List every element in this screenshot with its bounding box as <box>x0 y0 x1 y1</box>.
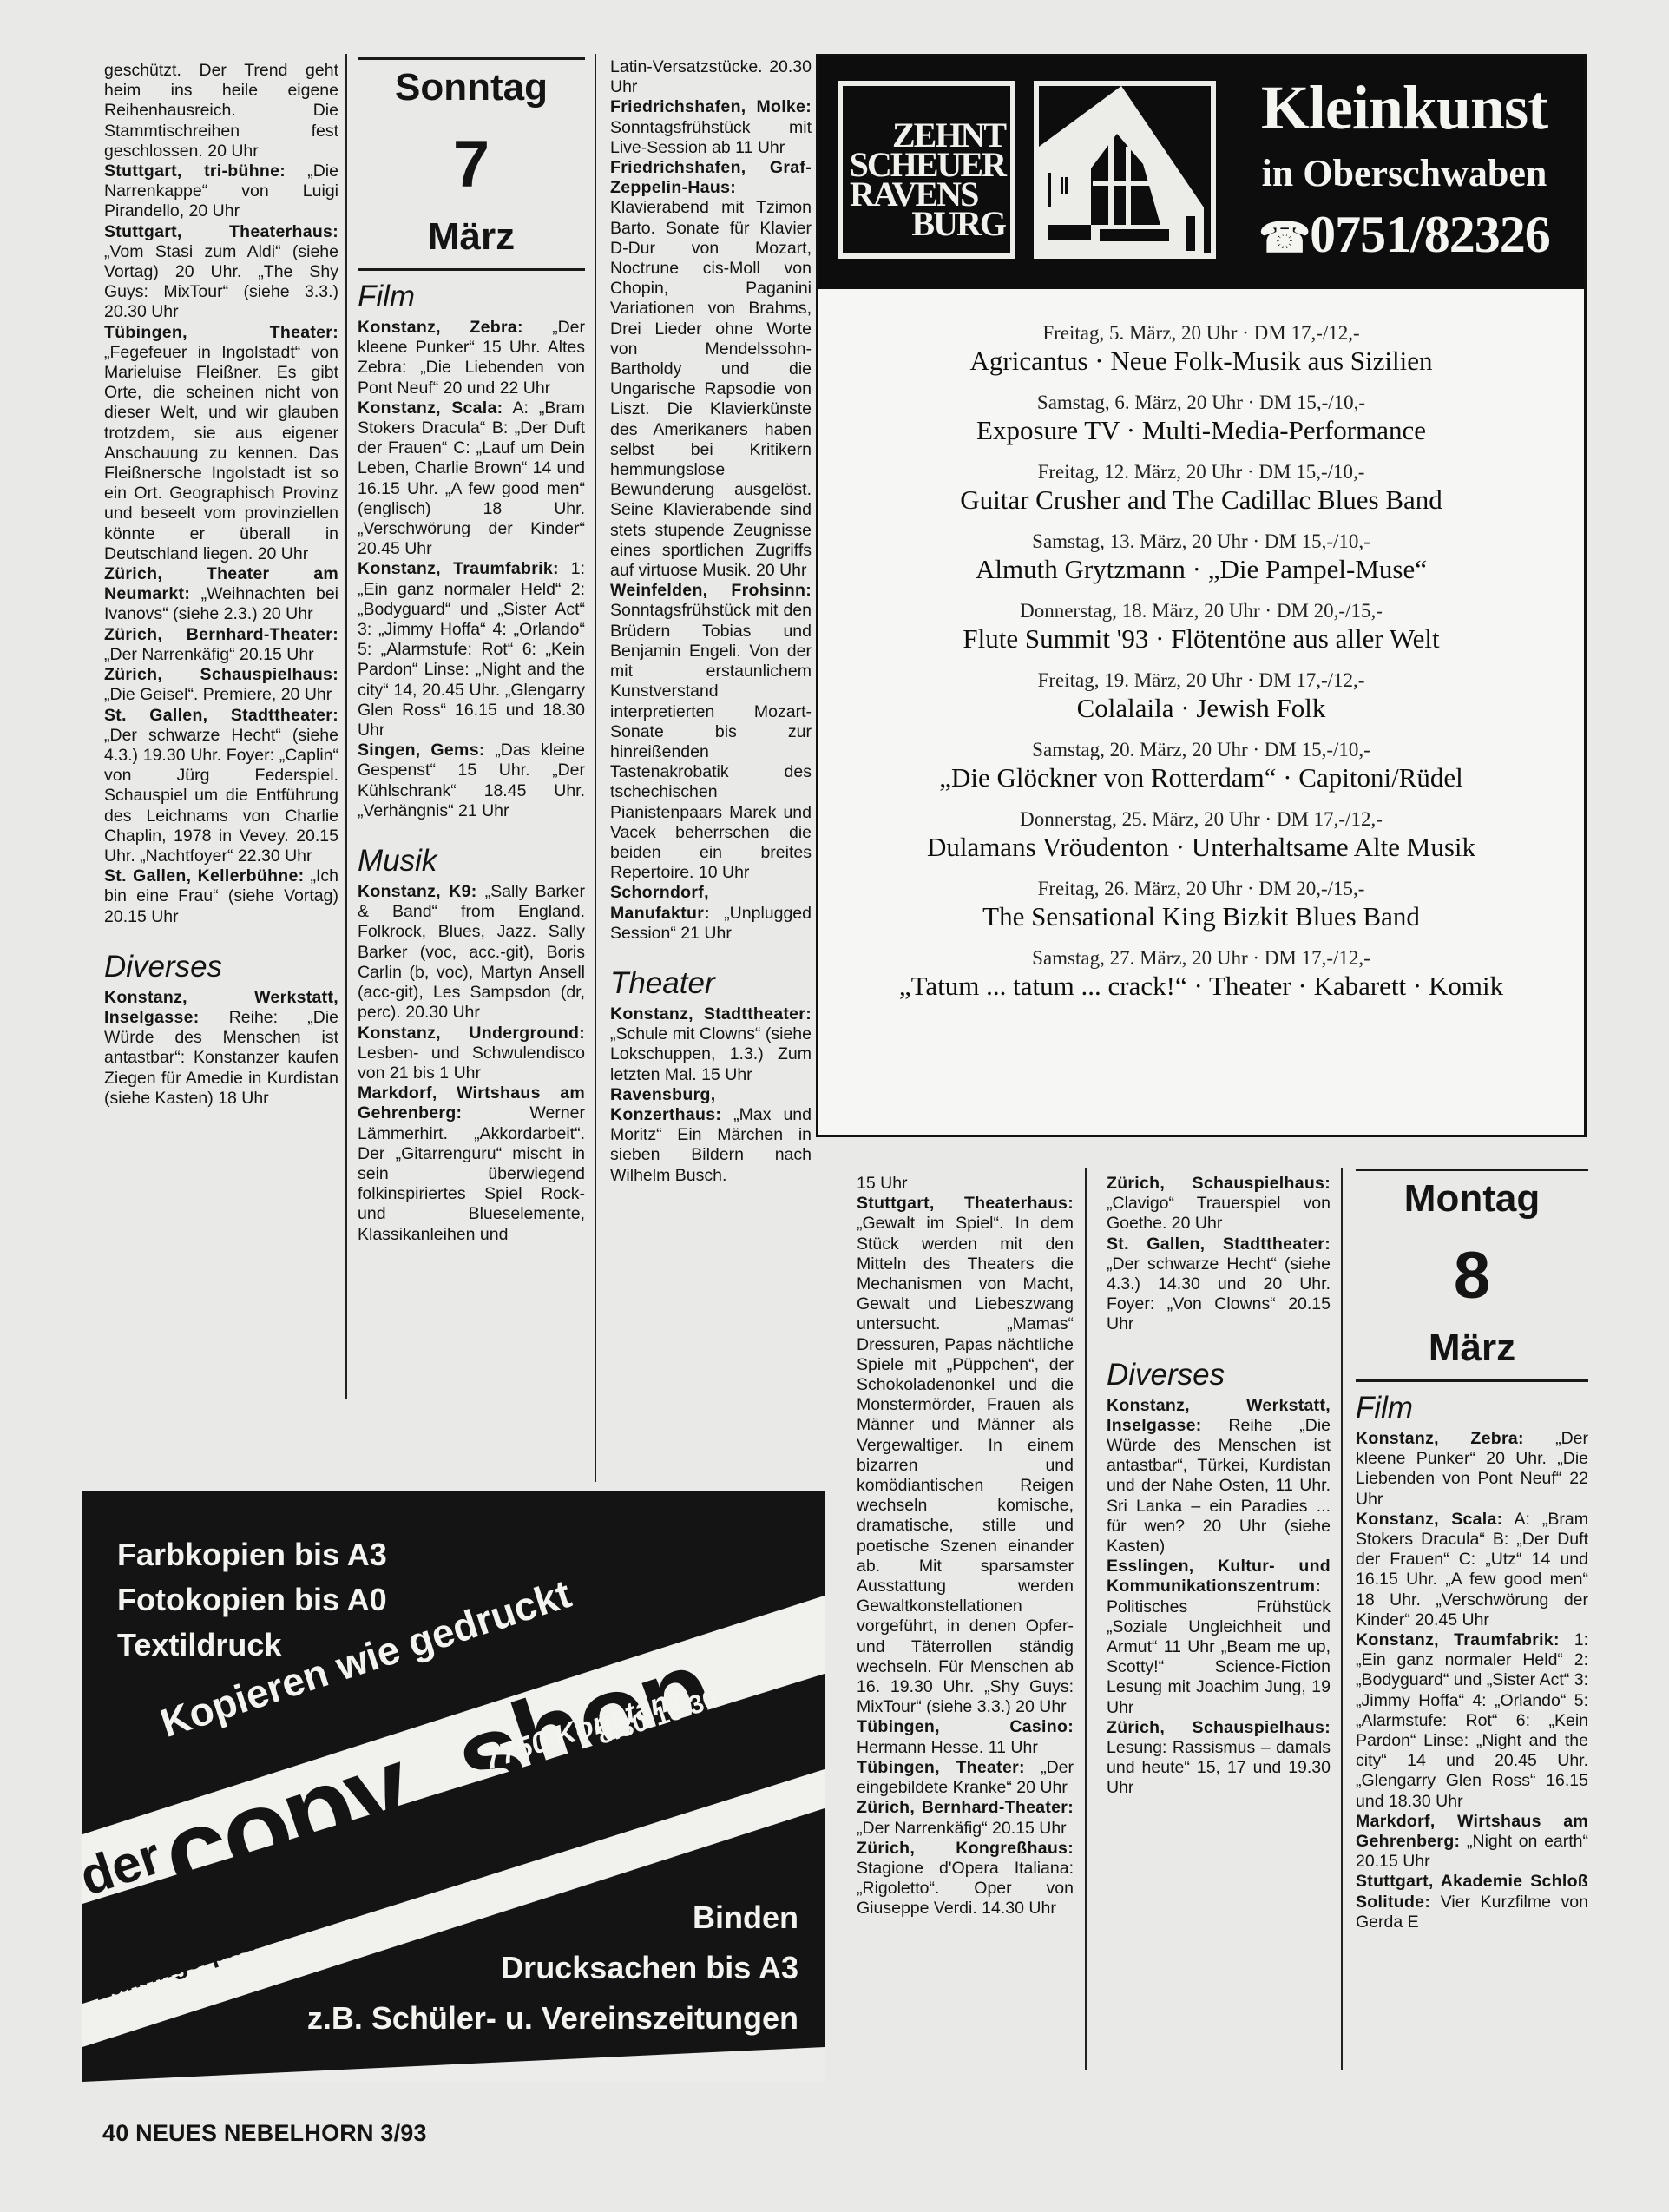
listing-entry: St. Gallen, Kellerbühne: „Ich bin eine F… <box>104 866 338 927</box>
event-description: „Vom Stasi zum Aldi“ (siehe Vortag) 20 U… <box>104 242 338 322</box>
event-description: Stagione d'Opera Italiana: „Rigoletto“. … <box>857 1859 1074 1918</box>
venue-name: Zürich, Kongreßhaus: <box>857 1839 1074 1858</box>
venue-name: Konstanz, K9: <box>358 882 477 901</box>
service-line: Farbkopien bis A3 <box>117 1537 387 1573</box>
month-name: März <box>1356 1324 1588 1373</box>
barn-illustration-icon <box>1034 81 1216 259</box>
day-number: 7 <box>358 117 585 213</box>
service-line: Fotokopien bis A0 <box>117 1582 387 1618</box>
ad-phone: ☎0751/82326 <box>1235 204 1574 269</box>
zehntscheuer-logo: ZEHNT SCHEUER RAVENS BURG <box>838 81 1015 259</box>
listing-column-monday: Montag 8 März Film Konstanz, Zebra: „Der… <box>1356 1169 1588 1932</box>
ad-event: Donnerstag, 25. März, 20 Uhr · DM 17,-/1… <box>818 807 1584 863</box>
listing-entry: Tübingen, Theater: „Der eingebildete Kra… <box>857 1758 1074 1798</box>
event-description: 1: „Ein ganz normaler Held“ 2: „Bodyguar… <box>1356 1630 1588 1811</box>
listing-entry: Zürich, Bernhard-Theater: „Der Narrenkäf… <box>857 1798 1074 1838</box>
venue-name: Stuttgart, tri-bühne: <box>104 161 286 181</box>
listing-entry: Konstanz, Stadttheater: „Schule mit Clow… <box>610 1004 812 1085</box>
listing-entry: Friedrichshafen, Molke: Sonntagsfrühstüc… <box>610 97 812 158</box>
kleinkunst-advertisement: ZEHNT SCHEUER RAVENS BURG Kleinkun <box>816 54 1587 1137</box>
copyshop-advertisement: Farbkopien bis A3 Fotokopien bis A0 Text… <box>82 1491 825 2082</box>
event-description: 15 Uhr <box>857 1174 908 1193</box>
event-date: Freitag, 26. März, 20 Uhr · DM 20,-/15,- <box>818 877 1584 901</box>
event-description: „Gewalt im Spiel“. In dem Stück werden m… <box>857 1214 1074 1716</box>
event-title: Exposure TV · Multi-Media-Performance <box>818 415 1584 446</box>
event-description: „Schule mit Clowns“ (siehe Lokschuppen, … <box>610 1024 812 1083</box>
listing-column-4: 15 UhrStuttgart, Theaterhaus: „Gewalt im… <box>857 1174 1074 1919</box>
listing-entry: Friedrichshafen, Graf-Zeppelin-Haus: Kla… <box>610 158 812 581</box>
column-divider <box>1085 1168 1087 2070</box>
venue-name: Schorndorf, Manufaktur: <box>610 883 710 922</box>
listing-entry: Markdorf, Wirtshaus am Gehrenberg: „Nigh… <box>1356 1812 1588 1873</box>
service-line: Textildruck <box>117 1627 281 1663</box>
venue-name: Konstanz, Zebra: <box>1356 1429 1524 1448</box>
venue-name: Zürich, Schauspielhaus: <box>1107 1718 1331 1737</box>
venue-name: Singen, Gems: <box>358 741 485 760</box>
venue-name: Tübingen, Theater: <box>104 323 338 342</box>
ad-subtitle: in Oberschwaben <box>1235 143 1574 204</box>
ad-event: Freitag, 19. März, 20 Uhr · DM 17,-/12,-… <box>818 668 1584 724</box>
event-date: Donnerstag, 18. März, 20 Uhr · DM 20,-/1… <box>818 599 1584 623</box>
venue-name: Zürich, Bernhard-Theater: <box>104 625 338 644</box>
event-description: Politisches Frühstück „Soziale Ungleichh… <box>1107 1597 1331 1717</box>
venue-name: Ravensburg, Konzerthaus: <box>610 1085 721 1124</box>
ad-event: Samstag, 27. März, 20 Uhr · DM 17,-/12,-… <box>818 946 1584 1002</box>
event-date: Freitag, 12. März, 20 Uhr · DM 15,-/10,- <box>818 460 1584 484</box>
section-heading-diverses: Diverses <box>104 950 338 984</box>
day-number: 8 <box>1356 1228 1588 1324</box>
venue-name: Friedrichshafen, Graf-Zeppelin-Haus: <box>610 158 812 197</box>
event-title: Agricantus · Neue Folk-Musik aus Sizilie… <box>818 346 1584 377</box>
venue-name: Konstanz, Scala: <box>1356 1510 1502 1529</box>
listing-entry: Zürich, Kongreßhaus: Stagione d'Opera It… <box>857 1839 1074 1919</box>
venue-name: Konstanz, Zebra: <box>358 318 523 337</box>
listing-entry: Zürich, Schauspielhaus: „Clavigo“ Trauer… <box>1107 1174 1331 1234</box>
section-heading-film: Film <box>358 280 585 314</box>
service-line: Drucksachen bis A3 <box>501 1950 798 1986</box>
event-list: 15 UhrStuttgart, Theaterhaus: „Gewalt im… <box>857 1174 1074 1919</box>
listing-column-1: geschützt. Der Trend geht heim ins heile… <box>104 61 338 1109</box>
event-list-film: Konstanz, Zebra: „Der kleene Punker“ 20 … <box>1356 1429 1588 1932</box>
event-description: Sonntagsfrühstück mit den Brüdern Tobias… <box>610 601 812 882</box>
ad-event: Freitag, 26. März, 20 Uhr · DM 20,-/15,-… <box>818 877 1584 932</box>
event-description: „Clavigo“ Trauerspiel von Goethe. 20 Uhr <box>1107 1194 1331 1233</box>
listing-entry: Schorndorf, Manufaktur: „Unplugged Sessi… <box>610 883 812 944</box>
service-line: Binden <box>693 1899 798 1936</box>
event-list: Latin-Versatzstücke. 20.30 UhrFriedrichs… <box>610 57 812 944</box>
listing-entry: Latin-Versatzstücke. 20.30 Uhr <box>610 57 812 97</box>
listing-entry: Stuttgart, Theaterhaus: „Gewalt im Spiel… <box>857 1194 1074 1717</box>
service-line: z.B. Schüler- u. Vereinszeitungen <box>307 2000 798 2037</box>
venue-name: Tübingen, Theater: <box>857 1758 1025 1777</box>
listing-entry: geschützt. Der Trend geht heim ins heile… <box>104 61 338 161</box>
day-header-sunday: Sonntag 7 März <box>358 57 585 271</box>
event-title: Dulamans Vröudenton · Unterhaltsame Alte… <box>818 832 1584 863</box>
event-title: Colalaila · Jewish Folk <box>818 693 1584 724</box>
listing-entry: Konstanz, Zebra: „Der kleene Punker“ 20 … <box>1356 1429 1588 1510</box>
listing-entry: Markdorf, Wirtshaus am Gehrenberg: Werne… <box>358 1083 585 1245</box>
event-description: Lesben- und Schwulendisco von 21 bis 1 U… <box>358 1043 585 1083</box>
listing-entry: Konstanz, Traumfabrik: 1: „Ein ganz norm… <box>1356 1630 1588 1812</box>
venue-name: Konstanz, Scala: <box>358 398 503 418</box>
section-heading-film: Film <box>1356 1391 1588 1425</box>
event-title: „Die Glöckner von Rotterdam“ · Capitoni/… <box>818 762 1584 793</box>
venue-name: Stuttgart, Theaterhaus: <box>104 222 338 241</box>
ad-event: Samstag, 13. März, 20 Uhr · DM 15,-/10,-… <box>818 530 1584 585</box>
listing-entry: Zürich, Theater am Neumarkt: „Weihnachte… <box>104 564 338 625</box>
listing-column-5: Zürich, Schauspielhaus: „Clavigo“ Trauer… <box>1107 1174 1331 1799</box>
event-title: „Tatum ... tatum ... crack!“ · Theater ·… <box>818 971 1584 1002</box>
event-list: Zürich, Schauspielhaus: „Clavigo“ Trauer… <box>1107 1174 1331 1335</box>
venue-name: Friedrichshafen, Molke: <box>610 97 812 116</box>
event-description: Lesung: Rassismus – damals und heute“ 15… <box>1107 1738 1331 1797</box>
section-heading-musik: Musik <box>358 844 585 879</box>
event-list-diverses: Konstanz, Werkstatt, Inselgasse: Reihe „… <box>1107 1396 1331 1799</box>
ad-event: Donnerstag, 18. März, 20 Uhr · DM 20,-/1… <box>818 599 1584 655</box>
listing-entry: Tübingen, Casino: Hermann Hesse. 11 Uhr <box>857 1717 1074 1757</box>
venue-name: St. Gallen, Kellerbühne: <box>104 866 304 885</box>
listing-entry: Stuttgart, tri-bühne: „Die Narrenkappe“ … <box>104 161 338 222</box>
venue-name: Esslingen, Kultur- und Kommunikationszen… <box>1107 1557 1331 1596</box>
listing-entry: Konstanz, Werkstatt, Inselgasse: Reihe: … <box>104 988 338 1109</box>
listing-entry: Zürich, Schauspielhaus: Lesung: Rassismu… <box>1107 1718 1331 1799</box>
event-description: Latin-Versatzstücke. 20.30 Uhr <box>610 57 812 96</box>
venue-name: St. Gallen, Stadttheater: <box>104 706 338 725</box>
listing-column-sunday: Sonntag 7 März Film Konstanz, Zebra: „De… <box>358 57 585 1245</box>
ad-event: Samstag, 6. März, 20 Uhr · DM 15,-/10,-E… <box>818 391 1584 446</box>
listing-entry: Stuttgart, Theaterhaus: „Vom Stasi zum A… <box>104 222 338 323</box>
event-description: „Sally Barker & Band“ from England. Folk… <box>358 882 585 1022</box>
venue-name: Stuttgart, Theaterhaus: <box>857 1194 1074 1213</box>
day-header-monday: Montag 8 März <box>1356 1169 1588 1382</box>
event-title: Almuth Grytzmann · „Die Pampel-Muse“ <box>818 554 1584 585</box>
ad-event-list: Freitag, 5. März, 20 Uhr · DM 17,-/12,-A… <box>818 321 1584 1016</box>
event-description: „Der schwarze Hecht“ (siehe 4.3.) 19.30 … <box>104 726 338 866</box>
event-description: Sonntagsfrühstück mit Live-Session ab 11… <box>610 118 812 157</box>
event-description: A: „Bram Stokers Dracula“ B: „Der Duft d… <box>358 398 585 558</box>
event-title: Flute Summit '93 · Flötentöne aus aller … <box>818 623 1584 655</box>
page-footer: 40 NEUES NEBELHORN 3/93 <box>102 2120 427 2147</box>
listing-entry: Konstanz, Scala: A: „Bram Stokers Dracul… <box>358 398 585 560</box>
day-name: Montag <box>1356 1175 1588 1223</box>
listing-entry: Konstanz, Underground: Lesben- und Schwu… <box>358 1024 585 1084</box>
venue-name: Konstanz, Traumfabrik: <box>358 559 559 578</box>
event-description: „Fegefeuer in Ingolstadt“ von Marieluise… <box>104 343 338 563</box>
event-list-theater: Konstanz, Stadttheater: „Schule mit Clow… <box>610 1004 812 1186</box>
event-description: Hermann Hesse. 11 Uhr <box>857 1738 1038 1757</box>
event-date: Samstag, 13. März, 20 Uhr · DM 15,-/10,- <box>818 530 1584 554</box>
ad-event: Samstag, 20. März, 20 Uhr · DM 15,-/10,-… <box>818 738 1584 793</box>
event-description: Klavierabend mit Tzimon Barto. Sonate fü… <box>610 198 812 580</box>
column-divider <box>595 54 596 1482</box>
event-title: The Sensational King Bizkit Blues Band <box>818 901 1584 932</box>
event-list-musik: Konstanz, K9: „Sally Barker & Band“ from… <box>358 882 585 1245</box>
event-date: Samstag, 27. März, 20 Uhr · DM 17,-/12,- <box>818 946 1584 971</box>
event-description: „Der Narrenkäfig“ 20.15 Uhr <box>104 645 314 664</box>
ad-event: Freitag, 5. März, 20 Uhr · DM 17,-/12,-A… <box>818 321 1584 377</box>
event-description: „Der Narrenkäfig“ 20.15 Uhr <box>857 1819 1067 1838</box>
column-divider <box>345 54 347 1399</box>
listing-entry: St. Gallen, Stadttheater: „Der schwarze … <box>1107 1234 1331 1335</box>
venue-name: Tübingen, Casino: <box>857 1717 1074 1736</box>
event-date: Samstag, 6. März, 20 Uhr · DM 15,-/10,- <box>818 391 1584 415</box>
venue-name: Zürich, Bernhard-Theater: <box>857 1798 1074 1817</box>
listing-entry: 15 Uhr <box>857 1174 1074 1194</box>
event-description: „Die Geisel“. Premiere, 20 Uhr <box>104 685 332 704</box>
event-description: „Der schwarze Hecht“ (siehe 4.3.) 14.30 … <box>1107 1254 1331 1334</box>
listing-entry: Konstanz, Traumfabrik: 1: „Ein ganz norm… <box>358 559 585 741</box>
event-description: Werner Lämmerhirt. „Akkordarbeit“. Der „… <box>358 1103 585 1243</box>
ad-title: Kleinkunst <box>1235 72 1574 143</box>
venue-name: Konstanz, Stadttheater: <box>610 1004 812 1024</box>
event-title: Guitar Crusher and The Cadillac Blues Ba… <box>818 484 1584 516</box>
venue-name: Weinfelden, Frohsinn: <box>610 581 812 600</box>
listing-entry: Stuttgart, Akademie Schloß Solitude: Vie… <box>1356 1872 1588 1932</box>
event-description: 1: „Ein ganz normaler Held“ 2: „Bodyguar… <box>358 559 585 740</box>
listing-entry: Zürich, Schauspielhaus: „Die Geisel“. Pr… <box>104 665 338 705</box>
event-list-film: Konstanz, Zebra: „Der kleene Punker“ 15 … <box>358 318 585 821</box>
event-description: geschützt. Der Trend geht heim ins heile… <box>104 61 338 161</box>
listing-entry: Konstanz, Zebra: „Der kleene Punker“ 15 … <box>358 318 585 398</box>
venue-name: Konstanz, Traumfabrik: <box>1356 1630 1560 1649</box>
section-heading-theater: Theater <box>610 966 812 1001</box>
event-date: Samstag, 20. März, 20 Uhr · DM 15,-/10,- <box>818 738 1584 762</box>
event-date: Donnerstag, 25. März, 20 Uhr · DM 17,-/1… <box>818 807 1584 832</box>
venue-name: Zürich, Schauspielhaus: <box>104 665 338 684</box>
listing-entry: Konstanz, K9: „Sally Barker & Band“ from… <box>358 882 585 1023</box>
listing-entry: St. Gallen, Stadttheater: „Der schwarze … <box>104 706 338 867</box>
month-name: März <box>358 213 585 261</box>
event-list-diverses: Konstanz, Werkstatt, Inselgasse: Reihe: … <box>104 988 338 1109</box>
listing-entry: Ravensburg, Konzerthaus: „Max und Moritz… <box>610 1085 812 1186</box>
listing-entry: Weinfelden, Frohsinn: Sonntagsfrühstück … <box>610 581 812 883</box>
telephone-icon: ☎ <box>1258 215 1310 261</box>
event-description: Reihe „Die Würde des Menschen ist antast… <box>1107 1416 1331 1556</box>
listing-entry: Esslingen, Kultur- und Kommunikationszen… <box>1107 1557 1331 1718</box>
column-divider <box>1341 1168 1343 2070</box>
event-list: geschützt. Der Trend geht heim ins heile… <box>104 61 338 927</box>
ad-event: Freitag, 12. März, 20 Uhr · DM 15,-/10,-… <box>818 460 1584 516</box>
section-heading-diverses: Diverses <box>1107 1358 1331 1392</box>
listing-entry: Konstanz, Scala: A: „Bram Stokers Dracul… <box>1356 1510 1588 1630</box>
venue-name: Zürich, Schauspielhaus: <box>1107 1174 1331 1193</box>
listing-entry: Konstanz, Werkstatt, Inselgasse: Reihe „… <box>1107 1396 1331 1557</box>
ad-title-block: Kleinkunst in Oberschwaben ☎0751/82326 <box>1235 72 1574 269</box>
venue-name: St. Gallen, Stadttheater: <box>1107 1234 1331 1254</box>
day-name: Sonntag <box>358 63 585 112</box>
listing-entry: Singen, Gems: „Das kleine Gespenst“ 15 U… <box>358 741 585 821</box>
listing-entry: Zürich, Bernhard-Theater: „Der Narrenkäf… <box>104 625 338 665</box>
event-date: Freitag, 5. März, 20 Uhr · DM 17,-/12,- <box>818 321 1584 346</box>
listing-column-3: Latin-Versatzstücke. 20.30 UhrFriedrichs… <box>610 57 812 1186</box>
event-date: Freitag, 19. März, 20 Uhr · DM 17,-/12,- <box>818 668 1584 693</box>
ad-banner: ZEHNT SCHEUER RAVENS BURG Kleinkun <box>818 56 1584 289</box>
venue-name: Konstanz, Underground: <box>358 1024 585 1043</box>
listing-entry: Tübingen, Theater: „Fegefeuer in Ingolst… <box>104 323 338 564</box>
